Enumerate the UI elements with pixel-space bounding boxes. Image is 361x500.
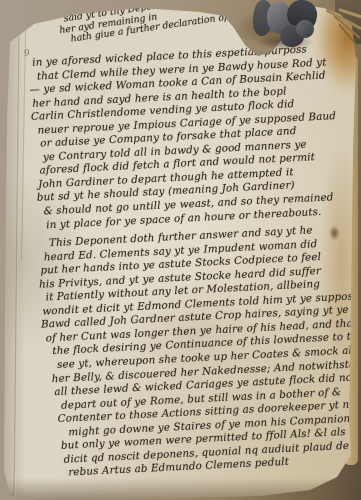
spine-crease bbox=[14, 36, 21, 498]
spine-crease-secondary bbox=[21, 30, 26, 260]
text-block-main: in ye aforesd wicked place to this espet… bbox=[28, 42, 361, 482]
manuscript-page: 9 Jd 2um Aul qud de Cles Arsaid yt to th… bbox=[0, 0, 361, 500]
manuscript-photo: 9 Jd 2um Aul qud de Cles Arsaid yt to th… bbox=[0, 0, 361, 500]
char-clump bbox=[296, 20, 314, 38]
